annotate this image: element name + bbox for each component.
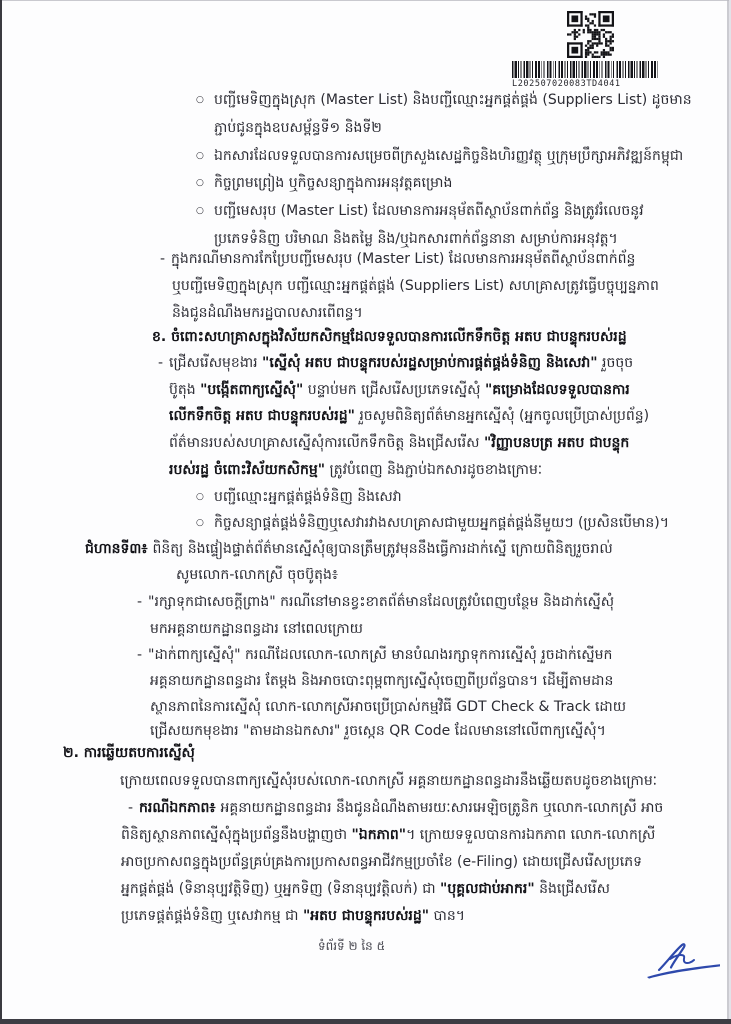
doc-line: អគ្គនាយកដ្ឋានពន្ធដារ តែម្ដង និងអាចបោះពុម… bbox=[150, 667, 613, 695]
doc-text-segment: "ដាក់ពាក្យស្នើសុំ" ករណីដែលលោក-លោកស្រី មា… bbox=[148, 647, 612, 663]
doc-text-segment: ព័ត៌មានរបស់សហគ្រាសស្នើសុំការលើកទឹកចិត្ត … bbox=[169, 435, 484, 451]
doc-text-segment: "រក្សាទុកជាសេចក្ដីព្រាង" ករណីនៅមានខ្វះខា… bbox=[148, 594, 614, 610]
doc-text-segment: ឯកសារដែលទទួលបានការសម្រេចពីក្រសួងសេដ្ឋកិច… bbox=[214, 148, 683, 164]
doc-line: ខ. ចំពោះសហគ្រាសក្នុងវិស័យកសិកម្មដែលទទួលប… bbox=[152, 323, 627, 351]
doc-text-segment: លើកទឹកចិត្ត អតប ជាបន្ទុករបស់រដ្ឋ" bbox=[169, 408, 355, 424]
dash-marker: - bbox=[158, 349, 169, 377]
bullet-circle-marker: ○ bbox=[196, 509, 214, 537]
doc-line: មកអគ្គនាយកដ្ឋានពន្ធដារ នៅពេលក្រោយ bbox=[150, 615, 363, 643]
doc-text-segment: រួចសូមពិនិត្យព័ត៌មានអ្នកស្នើសុំ (អ្នកចូល… bbox=[355, 408, 649, 424]
doc-text-segment: ជ្រើសយកមុខងារ "តាមដានឯកសារ" រួចស្កេន QR … bbox=[150, 723, 606, 739]
dash-marker: - bbox=[137, 588, 148, 616]
doc-text-segment: របស់រដ្ឋ ចំពោះវិស័យកសិកម្ម" bbox=[169, 462, 325, 478]
doc-text-segment: ប៊ូតុង bbox=[169, 382, 200, 398]
doc-text-segment: ក្នុងករណីមានការកែប្រែបញ្ជីមេសរុប (Master… bbox=[171, 251, 635, 267]
doc-text-segment: "ឯកភាព" bbox=[352, 827, 407, 843]
doc-text-segment: កិច្ចព្រមព្រៀង ឬកិច្ចសន្យាក្នុងការអនុវត្… bbox=[214, 175, 452, 191]
doc-line: ព័ត៌មានរបស់សហគ្រាសស្នើសុំការលើកទឹកចិត្ត … bbox=[169, 429, 629, 457]
doc-text-segment: និងជូនដំណឹងមករដ្ឋបាលសារពើពន្ធ។ bbox=[172, 305, 363, 321]
doc-line: -ជ្រើសរើសមុខងារ "ស្នើសុំ អតប ជាបន្ទុករបស… bbox=[158, 349, 633, 377]
document-body: ○បញ្ជីមេទិញក្នុងស្រុក (Master List) និងប… bbox=[0, 0, 731, 1024]
doc-line: ○បញ្ជីមេទិញក្នុងស្រុក (Master List) និងប… bbox=[196, 86, 692, 114]
doc-text-segment: ប្រភេទផ្គត់ផ្គង់ទំនិញ ឬសេវាកម្ម ជា bbox=[121, 908, 303, 924]
bullet-circle-marker: ○ bbox=[196, 483, 214, 511]
scanned-document-page: L202507020083TD4041 ○បញ្ជីមេទិញក្នុងស្រុ… bbox=[0, 0, 731, 1024]
doc-line: អាចប្រកាសពន្ធក្នុងប្រព័ន្ធគ្រប់គ្រងការប្… bbox=[121, 848, 642, 876]
doc-line: សូមលោក-លោកស្រី ចុចប៊ូតុង៖ bbox=[176, 561, 338, 589]
doc-line: -"ដាក់ពាក្យស្នើសុំ" ករណីដែលលោក-លោកស្រី ម… bbox=[137, 641, 612, 669]
doc-line: ប៊ូតុង "បង្កើតពាក្យស្នើសុំ" បន្ទាប់មក ជ្… bbox=[169, 376, 630, 404]
bullet-circle-marker: ○ bbox=[196, 169, 214, 197]
doc-line: ○កិច្ចព្រមព្រៀង ឬកិច្ចសន្យាក្នុងការអនុវត… bbox=[196, 169, 452, 197]
bullet-circle-marker: ○ bbox=[196, 197, 214, 225]
bullet-circle-marker: ○ bbox=[196, 86, 214, 114]
page-number: ទំព័រទី ២ នៃ ៥ bbox=[318, 938, 385, 956]
doc-text-segment: ខ. ចំពោះសហគ្រាសក្នុងវិស័យកសិកម្មដែលទទួលប… bbox=[152, 329, 627, 345]
doc-text-segment: ករណីឯកភាព៖ bbox=[139, 800, 220, 816]
doc-text-segment: បញ្ជីឈ្មោះអ្នកផ្គត់ផ្គង់ទំនិញ និងសេវា bbox=[214, 489, 402, 505]
doc-line: ○កិច្ចសន្យាផ្គត់ផ្គង់ទំនិញឬសេវារវាងសហគ្រ… bbox=[196, 509, 669, 537]
doc-line: ជំហានទី៣៖ ពិនិត្យ និងផ្ទៀងផ្ទាត់ព័ត៌មានស… bbox=[85, 535, 613, 563]
doc-text-segment: រួចចុច bbox=[598, 355, 634, 371]
doc-text-segment: បញ្ជីមេសរុប (Master List) ដែលមានការអនុម័… bbox=[214, 203, 644, 219]
doc-text-segment: អគ្គនាយកដ្ឋានពន្ធដារ នឹងជូនដំណឹងតាមរយៈសា… bbox=[220, 800, 663, 816]
doc-line: -ករណីឯកភាព៖ អគ្គនាយកដ្ឋានពន្ធដារ នឹងជូនដ… bbox=[128, 794, 663, 822]
doc-text-segment: "បង្កើតពាក្យស្នើសុំ" bbox=[200, 382, 303, 398]
doc-text-segment: "អតប ជាបន្ទុករបស់រដ្ឋ" bbox=[303, 908, 429, 924]
doc-text-segment: អគ្គនាយកដ្ឋានពន្ធដារ តែម្ដង និងអាចបោះពុម… bbox=[150, 673, 613, 689]
doc-text-segment: បញ្ជីមេទិញក្នុងស្រុក (Master List) និងបញ… bbox=[214, 92, 692, 108]
doc-text-segment: អ្នកផ្គត់ផ្គង់ (ទិនានុប្បវត្តិទិញ) ឬអ្នក… bbox=[121, 881, 440, 897]
doc-text-segment: ជំហានទី៣៖ bbox=[85, 541, 152, 557]
doc-text-segment: បាន។ bbox=[429, 908, 465, 924]
doc-text-segment: ពិនិត្យស្ថានភាពស្នើសុំក្នុងប្រព័ន្ធនឹងបង… bbox=[121, 827, 352, 843]
bullet-circle-marker: ○ bbox=[196, 142, 214, 170]
doc-line: -"រក្សាទុកជាសេចក្ដីព្រាង" ករណីនៅមានខ្វះខ… bbox=[137, 588, 614, 616]
doc-line: ក្រោយពេលទទួលបានពាក្យស្នើសុំរបស់លោក-លោកស្… bbox=[120, 767, 657, 795]
doc-line: អ្នកផ្គត់ផ្គង់ (ទិនានុប្បវត្តិទិញ) ឬអ្នក… bbox=[121, 875, 610, 903]
doc-line: ប្រភេទផ្គត់ផ្គង់ទំនិញ ឬសេវាកម្ម ជា "អតប … bbox=[121, 902, 465, 930]
doc-text-segment: បន្ទាប់មក ជ្រើសរើសប្រភេទស្នើសុំ bbox=[303, 382, 485, 398]
dash-marker: - bbox=[128, 794, 139, 822]
doc-line: ២. ការឆ្លើយតបការស្នើសុំ bbox=[63, 739, 195, 767]
doc-text-segment: "ស្នើសុំ អតប ជាបន្ទុករបស់រដ្ឋសម្រាប់ការផ… bbox=[262, 355, 598, 371]
doc-line: ○បញ្ជីមេសរុប (Master List) ដែលមានការអនុម… bbox=[196, 197, 644, 225]
doc-text-segment: មកអគ្គនាយកដ្ឋានពន្ធដារ នៅពេលក្រោយ bbox=[150, 621, 363, 637]
doc-text-segment: ជ្រើសរើសមុខងារ bbox=[169, 355, 262, 371]
doc-text-segment: កិច្ចសន្យាផ្គត់ផ្គង់ទំនិញឬសេវារវាងសហគ្រា… bbox=[214, 515, 669, 531]
doc-text-segment: អាចប្រកាសពន្ធក្នុងប្រព័ន្ធគ្រប់គ្រងការប្… bbox=[121, 854, 642, 870]
dash-marker: - bbox=[160, 245, 171, 273]
doc-text-segment: "បុគ្គលជាប់អាករ" bbox=[440, 881, 535, 897]
doc-line: ឬបញ្ជីមេទិញក្នុងស្រុក បញ្ជីឈ្មោះអ្នកផ្គត… bbox=[172, 272, 659, 300]
dash-marker: - bbox=[137, 641, 148, 669]
doc-line: ជ្រើសយកមុខងារ "តាមដានឯកសារ" រួចស្កេន QR … bbox=[150, 717, 606, 745]
doc-text-segment: ត្រូវបំពេញ និងភ្ជាប់ឯកសារដូចខាងក្រោមៈ bbox=[325, 462, 542, 478]
doc-text-segment: និងជ្រើសរើស bbox=[535, 881, 610, 897]
doc-text-segment: ។ ក្រោយទទួលបានការឯកភាព លោក-លោកស្រី bbox=[406, 827, 655, 843]
doc-text-segment: ពិនិត្យ និងផ្ទៀងផ្ទាត់ព័ត៌មានស្នើសុំឲ្យប… bbox=[152, 541, 612, 557]
doc-text-segment: ស្ថានភាពនៃការស្នើសុំ លោក-លោកស្រីអាចប្រើប… bbox=[150, 699, 626, 715]
signature-initials-icon bbox=[643, 938, 725, 988]
doc-line: ○ឯកសារដែលទទួលបានការសម្រេចពីក្រសួងសេដ្ឋកិ… bbox=[196, 142, 683, 170]
doc-text-segment: សូមលោក-លោកស្រី ចុចប៊ូតុង៖ bbox=[176, 567, 338, 583]
doc-line: ពិនិត្យស្ថានភាពស្នើសុំក្នុងប្រព័ន្ធនឹងបង… bbox=[121, 821, 655, 849]
doc-text-segment: ភ្ជាប់ជូនក្នុងឧបសម្ព័ន្ធទី១ និងទី២ bbox=[214, 120, 382, 136]
doc-text-segment: ក្រោយពេលទទួលបានពាក្យស្នើសុំរបស់លោក-លោកស្… bbox=[120, 773, 657, 789]
doc-text-segment: "វិញ្ញាបនបត្រ អតប ជាបន្ទុក bbox=[484, 435, 629, 451]
doc-line: ○បញ្ជីឈ្មោះអ្នកផ្គត់ផ្គង់ទំនិញ និងសេវា bbox=[196, 483, 402, 511]
doc-text-segment: ២. ការឆ្លើយតបការស្នើសុំ bbox=[63, 745, 195, 761]
doc-line: ភ្ជាប់ជូនក្នុងឧបសម្ព័ន្ធទី១ និងទី២ bbox=[214, 114, 382, 142]
doc-text-segment: "គម្រោងដែលទទួលបានការ bbox=[485, 382, 630, 398]
doc-line: -ក្នុងករណីមានការកែប្រែបញ្ជីមេសរុប (Maste… bbox=[160, 245, 635, 273]
doc-text-segment: ឬបញ្ជីមេទិញក្នុងស្រុក បញ្ជីឈ្មោះអ្នកផ្គត… bbox=[172, 278, 659, 294]
doc-line: របស់រដ្ឋ ចំពោះវិស័យកសិកម្ម" ត្រូវបំពេញ ន… bbox=[169, 456, 542, 484]
doc-line: លើកទឹកចិត្ត អតប ជាបន្ទុករបស់រដ្ឋ" រួចសូម… bbox=[169, 402, 649, 430]
